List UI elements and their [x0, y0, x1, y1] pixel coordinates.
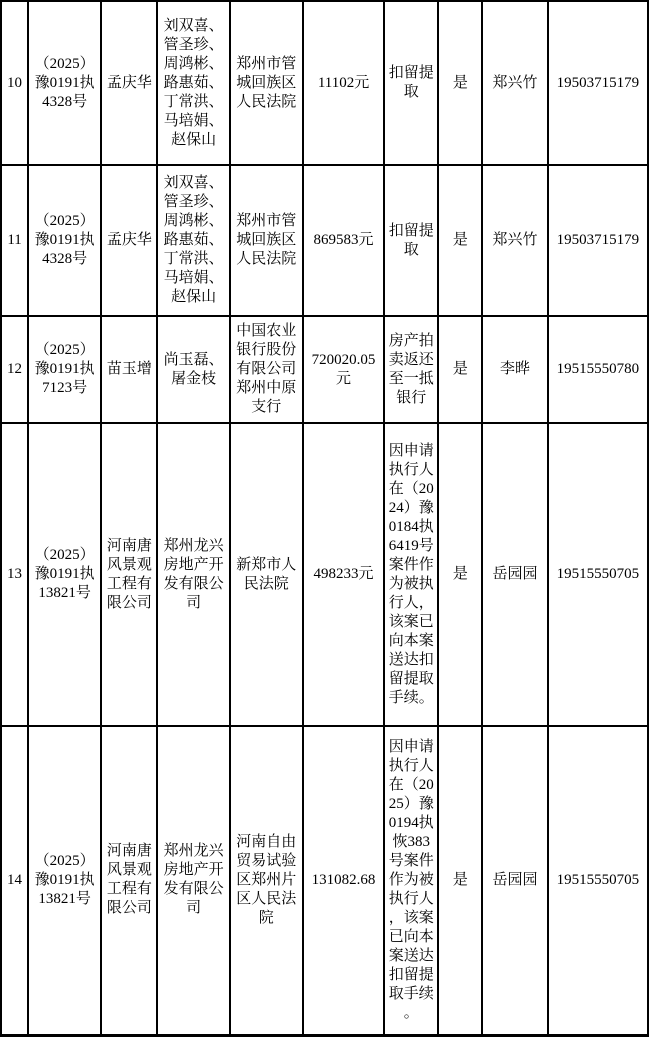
cell-no: 13 — [1, 423, 28, 726]
cell-applicant: 河南唐风景观工程有限公司 — [101, 726, 157, 1035]
cell-respondents: 刘双喜、管圣珍、周鸿彬、路惠茹、丁常洪、马培娟、赵保山 — [157, 1, 229, 165]
cell-confirmed: 是 — [438, 316, 482, 423]
cell-amount: 11102元 — [303, 1, 384, 165]
cell-confirmed: 是 — [438, 165, 482, 316]
cell-amount: 720020.05元 — [303, 316, 384, 423]
cell-applicant: 孟庆华 — [101, 1, 157, 165]
execution-cases-table: 10（2025）豫0191执4328号孟庆华刘双喜、管圣珍、周鸿彬、路惠茹、丁常… — [0, 0, 649, 1037]
cell-applicant: 苗玉增 — [101, 316, 157, 423]
cell-amount: 869583元 — [303, 165, 384, 316]
cell-case-number: （2025）豫0191执4328号 — [28, 165, 101, 316]
cell-respondents: 郑州龙兴房地产开发有限公司 — [157, 423, 229, 726]
cell-no: 11 — [1, 165, 28, 316]
cell-confirmed: 是 — [438, 1, 482, 165]
cell-remark: 因申请执行人在（2025）豫0194执恢383号案件作为被执行人，该案已向本案送… — [384, 726, 438, 1035]
cell-no: 10 — [1, 1, 28, 165]
cell-no: 12 — [1, 316, 28, 423]
cell-confirmed: 是 — [438, 726, 482, 1035]
table-row: 14（2025）豫0191执13821号河南唐风景观工程有限公司郑州龙兴房地产开… — [1, 726, 648, 1035]
cell-contact: 岳园园 — [482, 726, 547, 1035]
cell-confirmed: 是 — [438, 423, 482, 726]
cell-remark: 因申请执行人在（2024）豫0184执6419号案件作为被执行人，该案已向本案送… — [384, 423, 438, 726]
cell-contact: 岳园园 — [482, 423, 547, 726]
cell-respondents: 尚玉磊、屠金枝 — [157, 316, 229, 423]
cell-amount: 131082.68 — [303, 726, 384, 1035]
cell-phone: 19515550705 — [548, 423, 648, 726]
cell-case-number: （2025）豫0191执13821号 — [28, 423, 101, 726]
cell-contact: 郑兴竹 — [482, 1, 547, 165]
cell-phone: 19503715179 — [548, 1, 648, 165]
cell-no: 14 — [1, 726, 28, 1035]
table-row: 12（2025）豫0191执7123号苗玉增尚玉磊、屠金枝中国农业银行股份有限公… — [1, 316, 648, 423]
cell-remark: 房产拍卖返还至一抵银行 — [384, 316, 438, 423]
cell-phone: 19503715179 — [548, 165, 648, 316]
cell-court: 郑州市管城回族区人民法院 — [230, 1, 303, 165]
cell-contact: 李晔 — [482, 316, 547, 423]
cell-respondents: 刘双喜、管圣珍、周鸿彬、路惠茹、丁常洪、马培娟、赵保山 — [157, 165, 229, 316]
cell-phone: 19515550705 — [548, 726, 648, 1035]
cell-court: 中国农业银行股份有限公司郑州中原支行 — [230, 316, 303, 423]
cell-remark: 扣留提取 — [384, 1, 438, 165]
cell-court: 新郑市人民法院 — [230, 423, 303, 726]
table-row: 10（2025）豫0191执4328号孟庆华刘双喜、管圣珍、周鸿彬、路惠茹、丁常… — [1, 1, 648, 165]
cell-remark: 扣留提取 — [384, 165, 438, 316]
cell-court: 郑州市管城回族区人民法院 — [230, 165, 303, 316]
table-row: 11（2025）豫0191执4328号孟庆华刘双喜、管圣珍、周鸿彬、路惠茹、丁常… — [1, 165, 648, 316]
cell-amount: 498233元 — [303, 423, 384, 726]
table-body: 10（2025）豫0191执4328号孟庆华刘双喜、管圣珍、周鸿彬、路惠茹、丁常… — [1, 1, 648, 1035]
cell-case-number: （2025）豫0191执13821号 — [28, 726, 101, 1035]
cell-applicant: 河南唐风景观工程有限公司 — [101, 423, 157, 726]
cell-case-number: （2025）豫0191执7123号 — [28, 316, 101, 423]
cell-case-number: （2025）豫0191执4328号 — [28, 1, 101, 165]
cell-applicant: 孟庆华 — [101, 165, 157, 316]
cell-phone: 19515550780 — [548, 316, 648, 423]
cell-respondents: 郑州龙兴房地产开发有限公司 — [157, 726, 229, 1035]
cell-court: 河南自由贸易试验区郑州片区人民法院 — [230, 726, 303, 1035]
cell-contact: 郑兴竹 — [482, 165, 547, 316]
table-row: 13（2025）豫0191执13821号河南唐风景观工程有限公司郑州龙兴房地产开… — [1, 423, 648, 726]
